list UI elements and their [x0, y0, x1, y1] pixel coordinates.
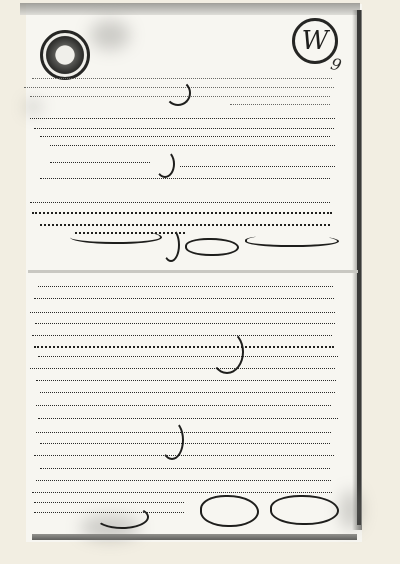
text-line: [40, 468, 330, 469]
text-line: [40, 443, 330, 444]
text-line: [30, 312, 335, 313]
signature-4: [200, 495, 259, 527]
flourish: [162, 228, 180, 262]
signature-2: [185, 238, 239, 256]
text-line: [30, 368, 335, 369]
text-line: [38, 418, 338, 419]
text-line: [32, 492, 332, 493]
text-line: [50, 145, 335, 146]
text-line: [32, 212, 332, 214]
text-line: [36, 480, 331, 481]
signature-5: [270, 495, 339, 525]
paper-right-edge: [357, 10, 361, 525]
text-line: [36, 432, 331, 433]
flourish: [95, 505, 149, 529]
text-line: [36, 405, 331, 406]
flourish: [165, 80, 191, 106]
ink-stain: [25, 100, 41, 114]
text-line: [40, 178, 330, 179]
text-line: [35, 323, 335, 324]
text-line: [230, 104, 330, 105]
document-paper: [26, 4, 362, 542]
text-line: [180, 166, 335, 167]
paper-fold-line: [28, 270, 358, 273]
text-line: [34, 298, 334, 299]
text-line: [34, 128, 334, 129]
text-line: [40, 136, 330, 137]
text-line: [36, 380, 336, 381]
paper-top-edge: [20, 3, 360, 15]
text-line: [40, 392, 335, 393]
seal-right-monogram-icon: W: [292, 18, 338, 64]
text-line: [38, 286, 333, 287]
text-line: [32, 335, 332, 336]
signature-1: [70, 230, 162, 244]
text-line: [38, 356, 338, 357]
seal-left-eagle-icon: [40, 30, 90, 80]
text-line: [40, 224, 330, 226]
text-line: [30, 118, 335, 119]
text-line: [34, 455, 334, 456]
flourish: [160, 420, 184, 460]
flourish: [155, 150, 175, 178]
text-line: [30, 202, 330, 203]
text-line: [34, 502, 184, 503]
ink-stain: [90, 20, 130, 50]
ink-stain: [340, 490, 362, 530]
flourish: [210, 330, 244, 374]
text-line: [50, 162, 150, 163]
paper-bottom-edge: [32, 534, 357, 540]
text-line: [34, 346, 334, 348]
text-line: [32, 78, 332, 79]
signature-3: [245, 235, 339, 247]
